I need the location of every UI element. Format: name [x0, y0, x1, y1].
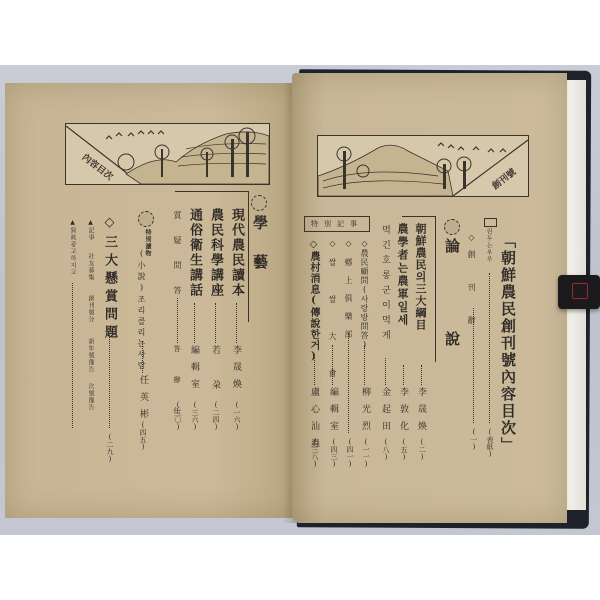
- toc-entry-page: (五): [400, 438, 407, 461]
- leader-dots: [194, 303, 195, 343]
- page-clip: [558, 275, 600, 309]
- toc-entry-page: (一): [470, 428, 477, 451]
- toc-entry-page: (一六): [233, 401, 240, 431]
- toc-entry-author: 若 朶: [210, 345, 219, 397]
- toc-entry-page: (二九): [106, 433, 113, 463]
- toc-entry-author: 金起田: [380, 387, 389, 438]
- leader-dots: [142, 341, 143, 373]
- toc-entry-title[interactable]: 朝鮮農民의三大綱目: [415, 223, 426, 331]
- toc-entry-author: 李晟煥: [231, 345, 240, 396]
- leader-dots: [348, 333, 349, 433]
- toc-entry-title[interactable]: 권두는우루: [485, 228, 491, 263]
- toc-entry-title[interactable]: 通俗衛生講話: [188, 208, 201, 298]
- leader-dots: [109, 333, 110, 428]
- toc-entry-page: (二四): [212, 401, 219, 431]
- leader-dots: [473, 308, 474, 423]
- leader-dots: [489, 273, 490, 423]
- leader-dots: [72, 283, 73, 428]
- section-title-nonseol: 論 說: [444, 238, 459, 376]
- toc-entry-title[interactable]: 먹긴호롱군이먹게: [380, 225, 389, 345]
- section-title-hakye: 學 藝: [252, 215, 267, 325]
- toc-entry-author: 編輯室: [328, 387, 337, 438]
- toc-entry-page: (八): [382, 438, 389, 461]
- toc-entry-title[interactable]: ◇三大懸賞問題: [103, 215, 116, 343]
- leader-dots: [177, 298, 178, 343]
- left-page: 內容目次 學 藝 現代農民讀本 李晟煥 (一六) 農民科學講座 若 朶 (二四)…: [5, 83, 295, 518]
- toc-entry-title[interactable]: 農民科學講座: [209, 208, 222, 298]
- toc-entry-title[interactable]: ◇鄕上俱樂部: [344, 239, 352, 348]
- toc-entry-page: (三八): [311, 438, 318, 468]
- toc-entry-page: (四五): [139, 421, 146, 451]
- toc-entry-author: 任英彬: [138, 375, 147, 426]
- tag-box: [484, 218, 497, 227]
- toc-entry-page: (四三): [330, 438, 337, 468]
- toc-entry-page: (三六): [191, 401, 198, 431]
- toc-entry-page: (四一): [346, 438, 353, 468]
- toc-entry-author: 李敦化: [398, 387, 407, 438]
- leader-dots: [403, 365, 404, 385]
- red-seal-icon: [572, 283, 588, 299]
- right-banner-illustration: 創刊號: [317, 135, 529, 197]
- landscape-illustration-icon: [66, 124, 269, 184]
- toc-entry-title[interactable]: ◇農村消息(傳說한거): [308, 239, 318, 363]
- section-emblem-icon: [444, 219, 460, 235]
- toc-entry-author: 李晟煥: [416, 387, 425, 438]
- contents-title: 「朝鮮農民創刊號內容目次」: [500, 233, 515, 454]
- toc-entry-page: (一一): [362, 438, 369, 468]
- toc-entry-page: (二): [418, 438, 425, 461]
- notice-item: 社友募集: [87, 253, 93, 281]
- toc-entry-title[interactable]: 農學者는農軍일세: [397, 223, 408, 327]
- toc-entry-author: 編輯室: [189, 345, 198, 396]
- leader-dots: [385, 358, 386, 385]
- leader-dots: [314, 358, 315, 385]
- notice-item: 創刊號分: [87, 295, 93, 323]
- leader-dots: [332, 345, 333, 385]
- section-emblem-icon: [138, 211, 154, 227]
- toc-entry-title[interactable]: ◇農民顧問(사랑방問答): [360, 239, 368, 350]
- notice-label: ▲記事: [87, 219, 93, 241]
- toc-entry-author: 柳光烈: [360, 387, 369, 438]
- notice-item: 次號豫告: [87, 383, 93, 411]
- notice-item: 新年號豫告: [87, 338, 93, 373]
- leader-dots: [215, 303, 216, 343]
- toc-entry-title[interactable]: 現代農民讀本: [230, 208, 243, 298]
- special-articles-box: 特別記事: [304, 216, 370, 232]
- toc-entry-page: (三〇): [174, 401, 181, 431]
- left-banner-illustration: 內容目次: [65, 123, 270, 185]
- toc-entry-page: (表紙): [486, 428, 493, 458]
- leader-dots: [236, 303, 237, 343]
- leader-dots: [364, 345, 365, 385]
- section-emblem-icon: [251, 195, 267, 211]
- toc-entry-title[interactable]: 質 疑 問 答: [173, 211, 181, 298]
- leader-dots: [421, 365, 422, 385]
- notice-label: ▲寫眞광고하지고: [69, 219, 75, 276]
- right-page: 創刊號 「朝鮮農民創刊號內容目次」 권두는우루 (表紙) ◇創 刊 辭 (一) …: [292, 73, 567, 523]
- toc-entry-title[interactable]: (小說)조리콜리는사람: [137, 249, 145, 372]
